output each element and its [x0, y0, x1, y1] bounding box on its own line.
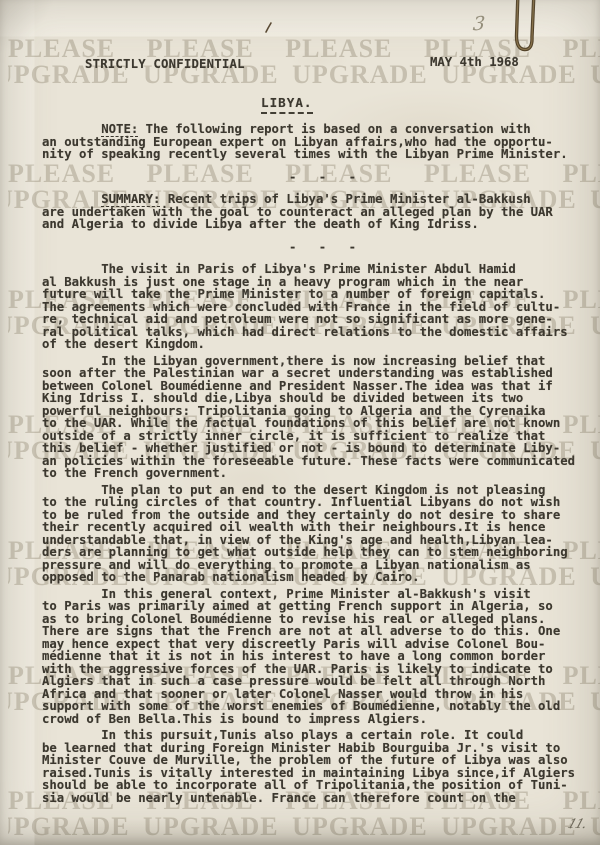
body-paragraph: In the Libyan government,there is now in…	[42, 355, 590, 480]
text-line: médienne that it is not in his interest …	[42, 650, 590, 663]
text-line: to the French government.	[42, 467, 590, 480]
handwritten-footer-mark: 11.	[566, 817, 589, 832]
document-body: NOTE: The following report is based on a…	[42, 123, 590, 808]
text-line: crowd of Ben Bella.This is bound to impr…	[42, 713, 590, 726]
text-line: of the desert Kingdom.	[42, 338, 590, 351]
text-line: ders are planning to get what outside he…	[42, 546, 590, 559]
text-line: NOTE: The following report is based on a…	[42, 123, 590, 136]
text-line: SUMMARY: Recent trips of Libya's Prime M…	[42, 193, 590, 206]
section-separator: - - -	[42, 171, 590, 184]
text-line: their recently acquired oil wealth with …	[42, 521, 590, 534]
text-line: support with some of the worst enemies o…	[42, 700, 590, 713]
body-paragraph: The plan to put an end to the desert Kin…	[42, 484, 590, 584]
text-line: to the UAR. While the factual foundation…	[42, 417, 590, 430]
handwritten-page-number: 3	[472, 13, 486, 36]
text-line: opposed to the Panarab nationalism heade…	[42, 571, 590, 584]
text-line: Algiers that in such a case pressure wou…	[42, 675, 590, 688]
document-title: LIBYA.	[261, 95, 313, 110]
section-separator: - - -	[42, 241, 590, 254]
text-line: re, technical aid and petroleum were not…	[42, 313, 590, 326]
text-line: nity of speaking recently several times …	[42, 148, 590, 161]
text-line: to the ruling circles of that country. I…	[42, 496, 590, 509]
scanned-document-page: { "document": { "classification": "STRIC…	[0, 0, 600, 845]
text-line: The visit in Paris of Libya's Prime Mini…	[42, 263, 590, 276]
body-paragraph: In this pursuit,Tunis also plays a certa…	[42, 729, 590, 804]
text-line: to Paris was primarily aimed at getting …	[42, 600, 590, 613]
text-line: sia would be nearly untenable. France ca…	[42, 792, 590, 805]
text-line: In this pursuit,Tunis also plays a certa…	[42, 729, 590, 742]
paperclip-icon	[501, 0, 549, 66]
paragraph-label: SUMMARY:	[101, 192, 160, 206]
pen-mark-icon	[262, 20, 276, 39]
text-line: future will take the Prime Minister to a…	[42, 288, 590, 301]
body-paragraph: In this general context, Prime Minister …	[42, 588, 590, 726]
text-line: and Algeria to divide Libya after the de…	[42, 218, 590, 231]
document-title-text: LIBYA.	[261, 95, 313, 114]
text-line: Minister Couve de Murville, the problem …	[42, 754, 590, 767]
body-paragraph: The visit in Paris of Libya's Prime Mini…	[42, 263, 590, 351]
text-line: King Idriss I. should die,Libya should b…	[42, 392, 590, 405]
text-line: There are signs that the French are not …	[42, 625, 590, 638]
text-line: soon after the Palestinian war a secret …	[42, 367, 590, 380]
text-line: this belief - whether justified or not -…	[42, 442, 590, 455]
paragraph-label: NOTE:	[101, 122, 138, 136]
classification-stamp: STRICTLY CONFIDENTIAL	[85, 57, 245, 71]
summary-paragraph: SUMMARY: Recent trips of Libya's Prime M…	[42, 193, 590, 231]
note-paragraph: NOTE: The following report is based on a…	[42, 123, 590, 161]
text-line: should be able to incorporate all of Tri…	[42, 779, 590, 792]
